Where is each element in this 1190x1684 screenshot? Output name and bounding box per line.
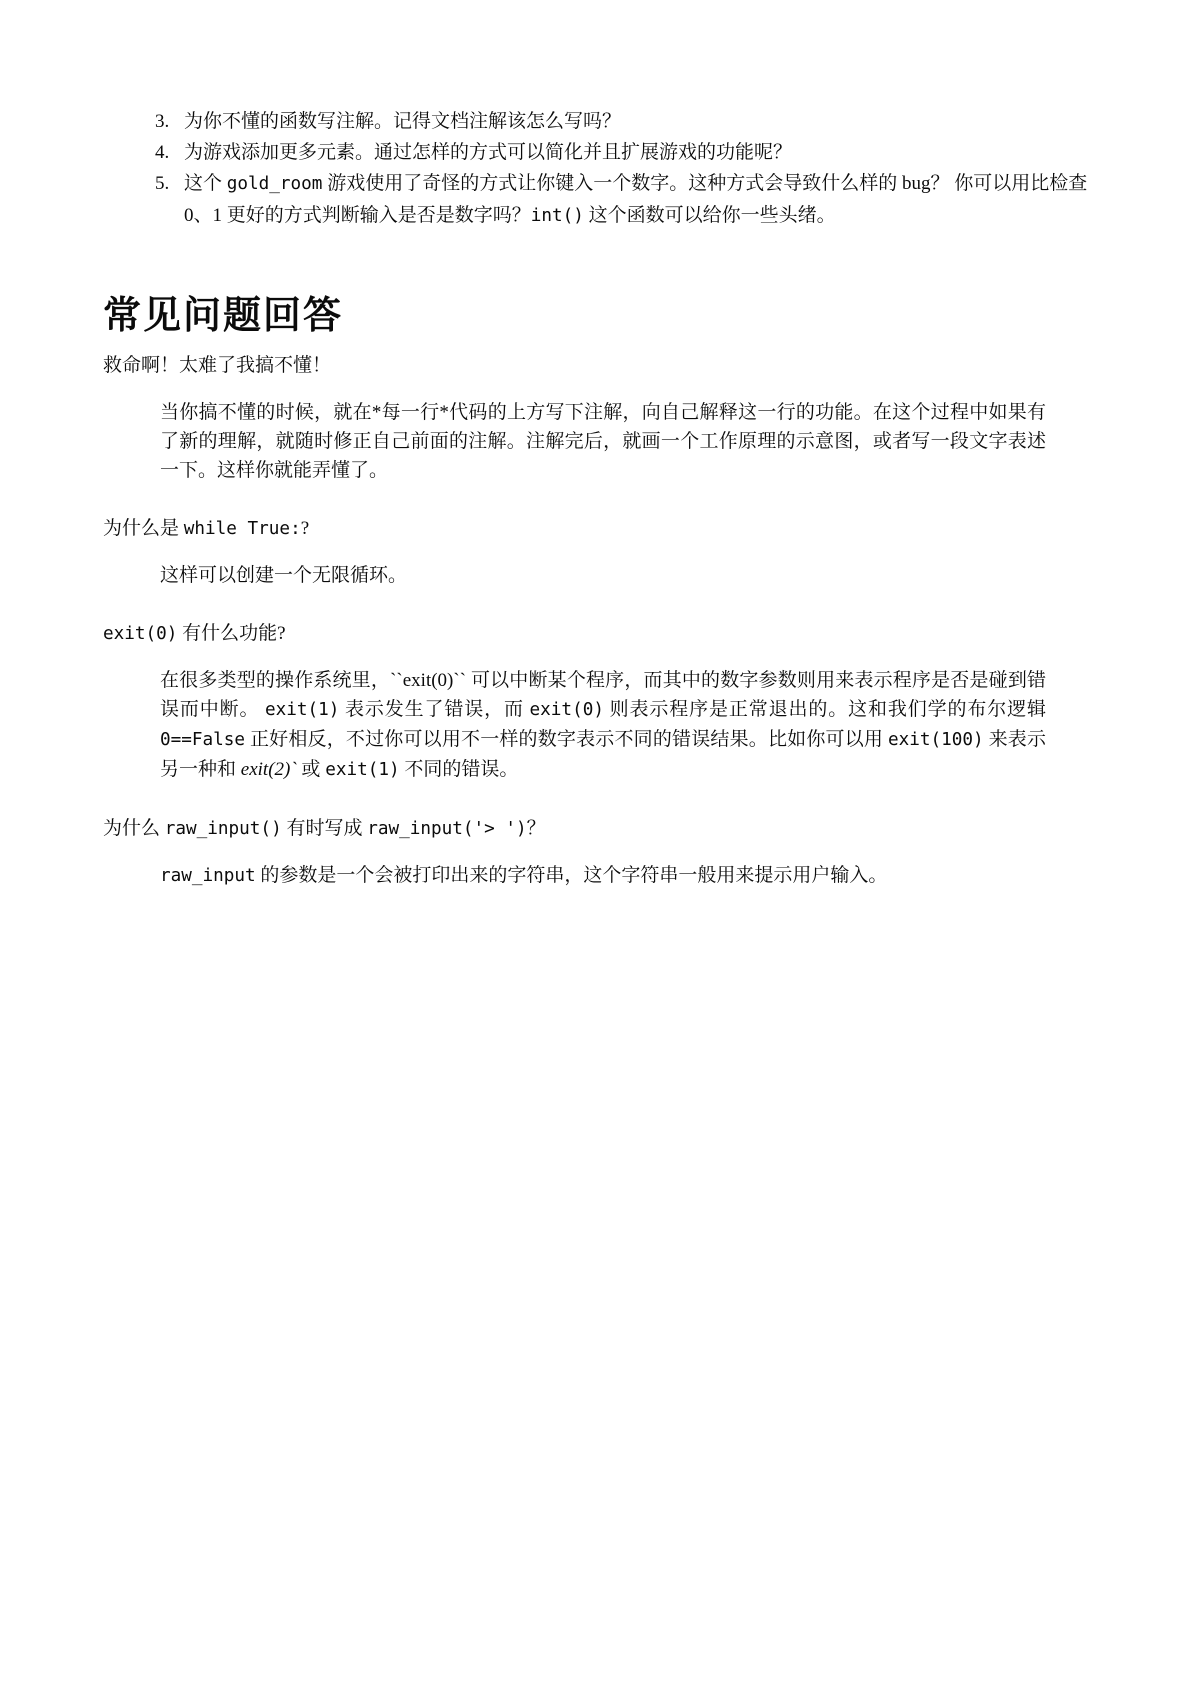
exercise-list: 3. 为你不懂的函数写注解。记得文档注解该怎么写吗？ 4. 为游戏添加更多元素。… <box>103 106 1090 232</box>
list-item: 4. 为游戏添加更多元素。通过怎样的方式可以简化并且扩展游戏的功能呢？ <box>155 137 1090 168</box>
list-item: 5. 这个 gold_room 游戏使用了奇怪的方式让你键入一个数字。这种方式会… <box>155 168 1090 232</box>
qa-block: 救命啊！太难了我搞不懂！ 当你搞不懂的时候，就在*每一行*代码的上方写下注解，向… <box>103 352 1090 485</box>
list-item: 3. 为你不懂的函数写注解。记得文档注解该怎么写吗？ <box>155 106 1090 137</box>
document-page: 3. 为你不懂的函数写注解。记得文档注解该怎么写吗？ 4. 为游戏添加更多元素。… <box>0 0 1190 1684</box>
qa-question: exit(0) 有什么功能? <box>103 620 1090 648</box>
qa-answer: 当你搞不懂的时候，就在*每一行*代码的上方写下注解，向自己解释这一行的功能。在这… <box>160 398 1046 485</box>
qa-question: 为什么是 while True:? <box>103 515 1090 543</box>
qa-question: 为什么 raw_input() 有时写成 raw_input('> ')？ <box>103 815 1090 843</box>
qa-question: 救命啊！太难了我搞不懂！ <box>103 352 1090 380</box>
qa-answer: 在很多类型的操作系统里，``exit(0)`` 可以中断某个程序，而其中的数字参… <box>160 666 1046 785</box>
list-item-text: 为你不懂的函数写注解。记得文档注解该怎么写吗？ <box>184 106 1090 137</box>
section-heading: 常见问题回答 <box>103 294 1090 338</box>
qa-block: exit(0) 有什么功能? 在很多类型的操作系统里，``exit(0)`` 可… <box>103 620 1090 785</box>
qa-block: 为什么 raw_input() 有时写成 raw_input('> ')？ ra… <box>103 815 1090 891</box>
list-item-number: 5. <box>155 168 177 199</box>
list-item-number: 4. <box>155 137 177 168</box>
qa-block: 为什么是 while True:? 这样可以创建一个无限循环。 <box>103 515 1090 590</box>
list-item-text: 为游戏添加更多元素。通过怎样的方式可以简化并且扩展游戏的功能呢？ <box>184 137 1090 168</box>
list-item-text: 这个 gold_room 游戏使用了奇怪的方式让你键入一个数字。这种方式会导致什… <box>184 168 1090 232</box>
qa-answer: raw_input 的参数是一个会被打印出来的字符串，这个字符串一般用来提示用户… <box>160 861 1046 891</box>
list-item-number: 3. <box>155 106 177 137</box>
qa-answer: 这样可以创建一个无限循环。 <box>160 561 1046 590</box>
